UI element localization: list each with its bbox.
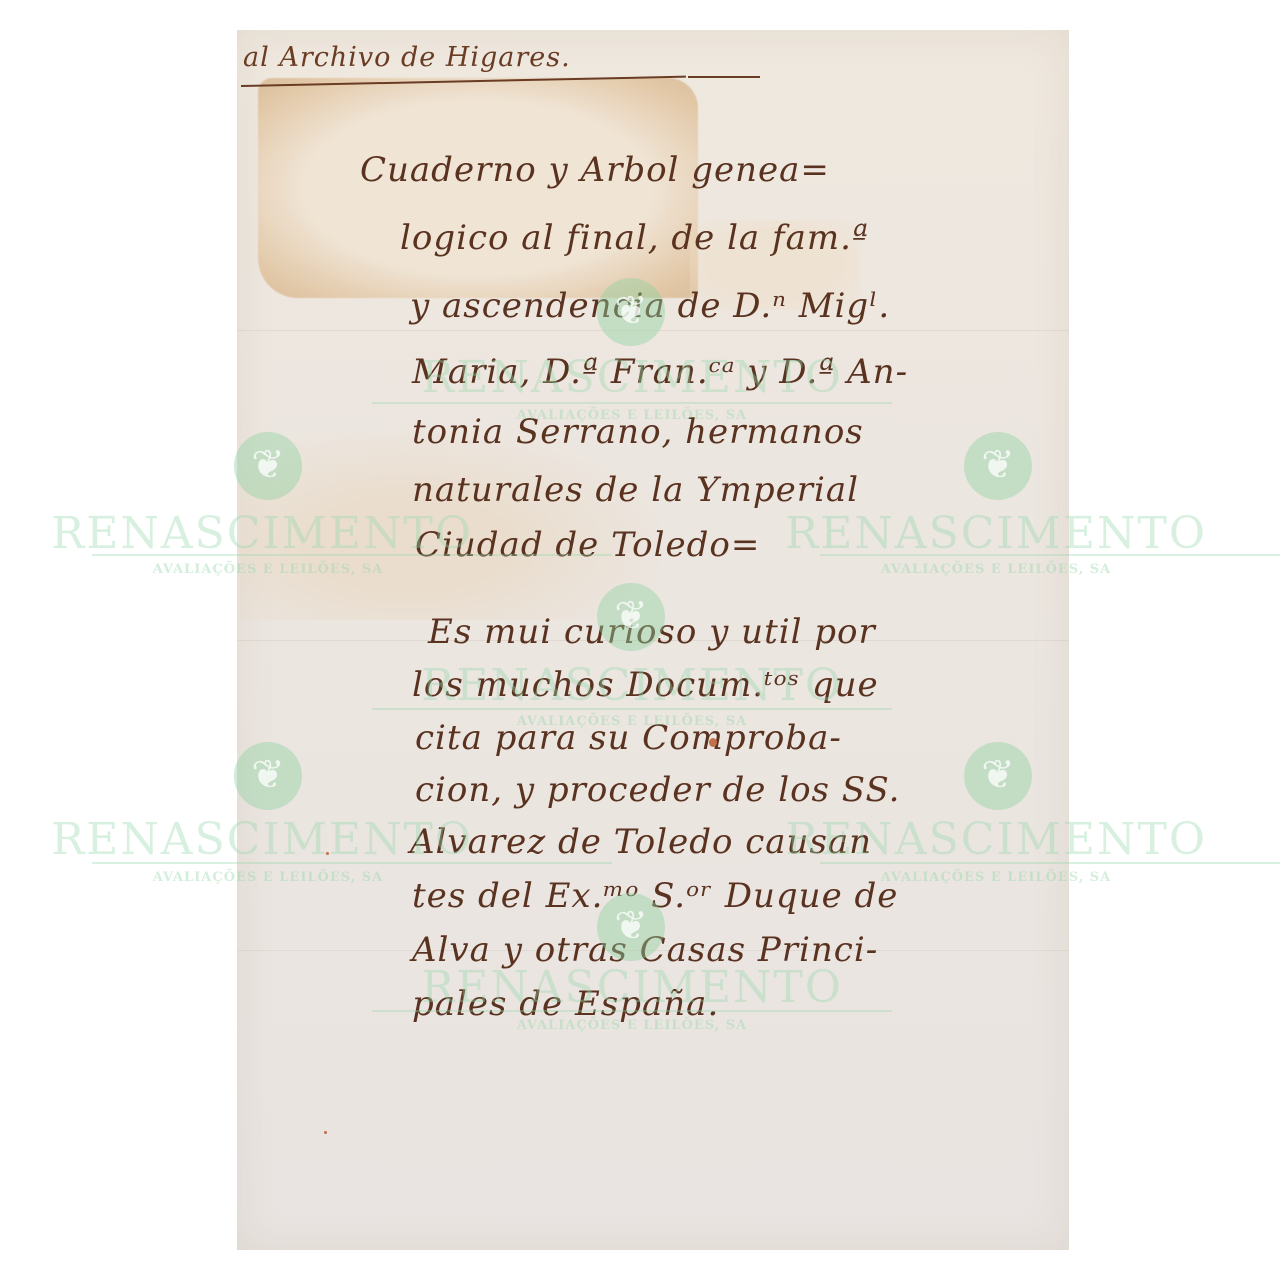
archive-header: al Archivo de Higares. <box>243 42 571 73</box>
paper-fold <box>237 330 1069 331</box>
text-line: naturales de la Ymperial <box>412 470 859 510</box>
text-line: Es mui curioso y util por <box>428 612 876 652</box>
text-line: pales de España. <box>412 984 719 1024</box>
text-line: los muchos Docum.ᵗᵒˢ que <box>412 665 879 705</box>
text-line: tes del Ex.ᵐᵒ S.ᵒʳ Duque de <box>412 876 898 916</box>
text-line: tonia Serrano, hermanos <box>412 412 864 452</box>
ink-spot <box>324 1131 327 1134</box>
text-line: cita para su Comproba- <box>415 718 842 758</box>
text-line: Ciudad de Toledo= <box>415 525 760 565</box>
text-line: Alvarez de Toledo causan <box>410 822 872 862</box>
text-line: Cuaderno y Arbol genea= <box>360 150 830 190</box>
ink-spot <box>709 738 717 747</box>
text-line: logico al final, de la fam.ª <box>400 218 869 258</box>
text-line: y ascendencia de D.ⁿ Migˡ. <box>410 286 890 326</box>
text-line: Alva y otras Casas Princi- <box>412 930 878 970</box>
header-underline <box>688 76 760 78</box>
text-line: Maria, D.ª Fran.ᶜᵃ y D.ª An- <box>412 352 908 392</box>
ink-spot <box>326 852 329 855</box>
text-line: cion, y proceder de los SS. <box>415 770 900 810</box>
